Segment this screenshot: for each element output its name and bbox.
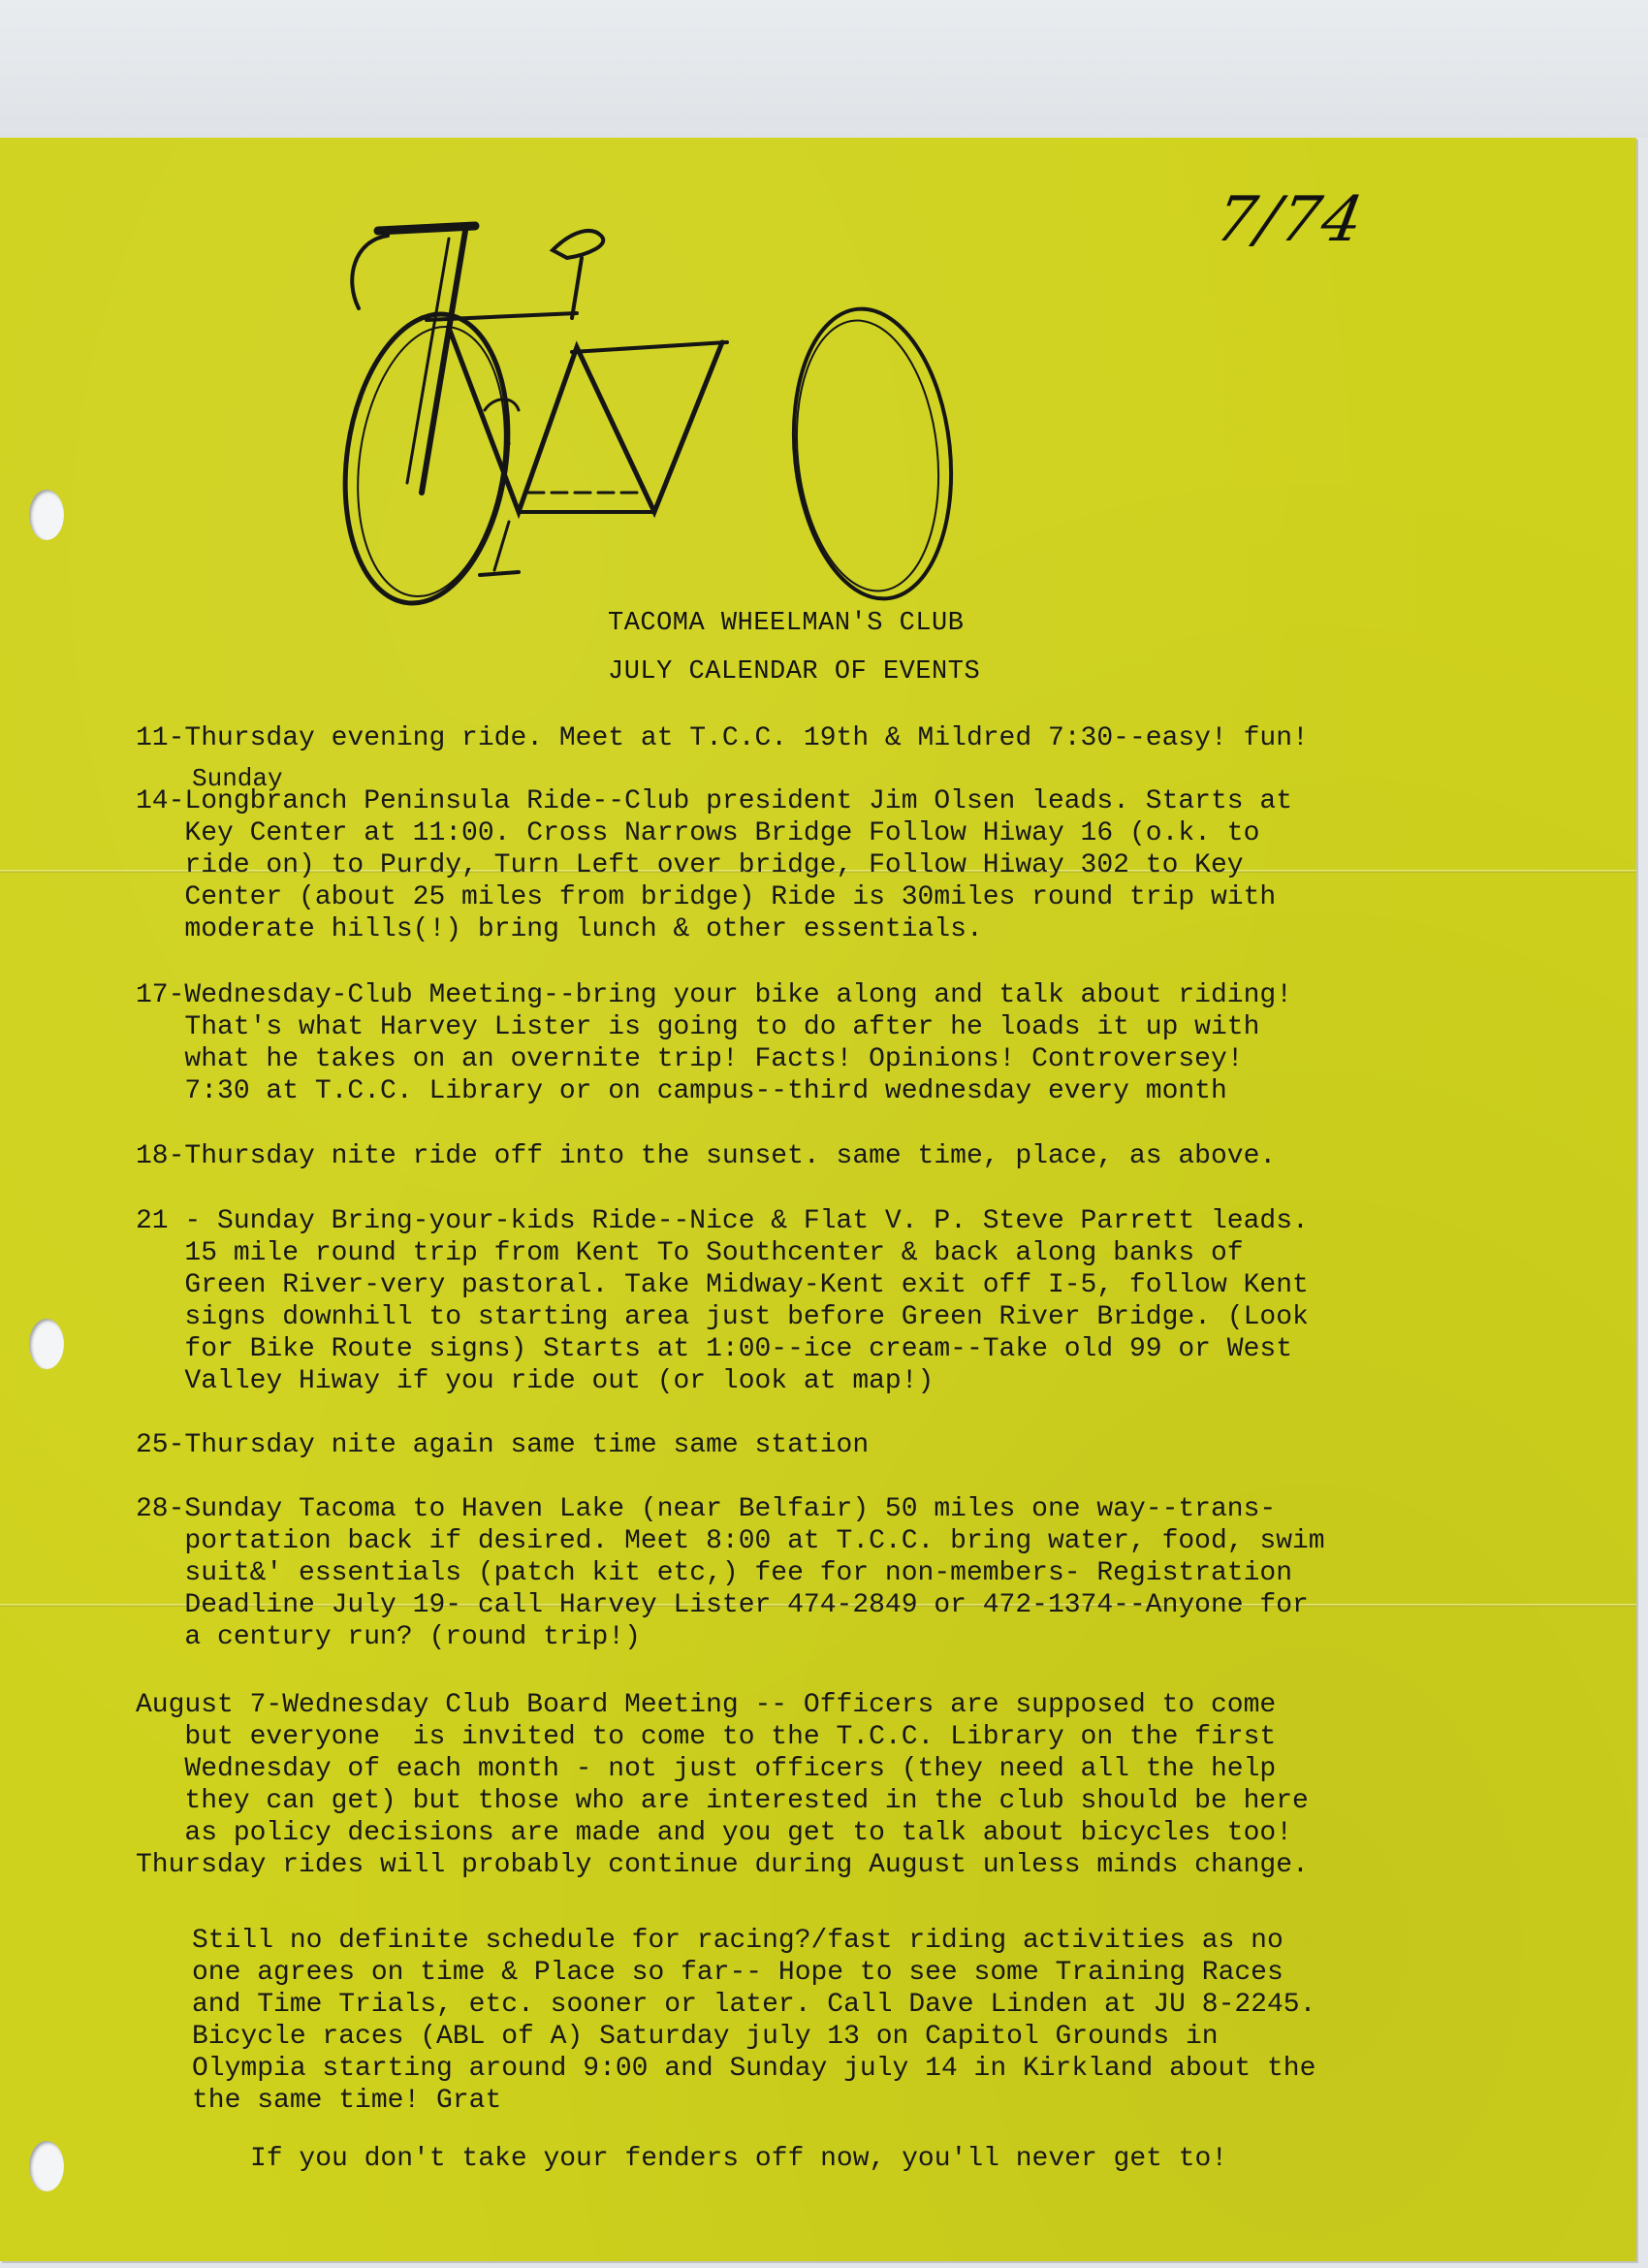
racing-note-line: and Time Trials, etc. sooner or later. C… xyxy=(192,1989,1315,2021)
closing-remark: If you don't take your fenders off now, … xyxy=(250,2143,1227,2175)
event-line: 11-Thursday evening ride. Meet at T.C.C.… xyxy=(136,722,1309,754)
racing-note-line: one agrees on time & Place so far-- Hope… xyxy=(192,1957,1284,1989)
event-line: what he takes on an overnite trip! Facts… xyxy=(136,1043,1244,1075)
racing-note-line: Olympia starting around 9:00 and Sunday … xyxy=(192,2053,1315,2085)
event-line: Wednesday of each month - not just offic… xyxy=(136,1753,1276,1785)
punch-hole xyxy=(29,490,64,540)
racing-note-line: Still no definite schedule for racing?/f… xyxy=(192,1925,1284,1957)
event-line: Valley Hiway if you ride out (or look at… xyxy=(136,1365,934,1397)
event-line: That's what Harvey Lister is going to do… xyxy=(136,1011,1259,1043)
event-line: 14-Longbranch Peninsula Ride--Club presi… xyxy=(136,785,1292,817)
event-line: 7:30 at T.C.C. Library or on campus--thi… xyxy=(136,1075,1227,1107)
punch-hole xyxy=(29,2141,64,2191)
event-line: for Bike Route signs) Starts at 1:00--ic… xyxy=(136,1333,1292,1365)
event-line: suit&' essentials (patch kit etc,) fee f… xyxy=(136,1557,1292,1589)
event-line: signs downhill to starting area just bef… xyxy=(136,1301,1309,1333)
event-line: Thursday rides will probably continue du… xyxy=(136,1849,1309,1881)
event-line: Key Center at 11:00. Cross Narrows Bridg… xyxy=(136,817,1259,849)
event-line: Deadline July 19- call Harvey Lister 474… xyxy=(136,1589,1309,1621)
event-line: Center (about 25 miles from bridge) Ride… xyxy=(136,881,1276,913)
punch-hole xyxy=(29,1319,64,1369)
event-line: moderate hills(!) bring lunch & other es… xyxy=(136,913,983,945)
handwritten-date: 7/74 xyxy=(1210,184,1370,256)
racing-note-line: Bicycle races (ABL of A) Saturday july 1… xyxy=(192,2021,1219,2053)
event-line: ride on) to Purdy, Turn Left over bridge… xyxy=(136,849,1244,881)
event-line: 25-Thursday nite again same time same st… xyxy=(136,1429,869,1461)
event-line: 15 mile round trip from Kent To Southcen… xyxy=(136,1237,1244,1269)
event-line: portation back if desired. Meet 8:00 at … xyxy=(136,1525,1325,1557)
event-line: 21 - Sunday Bring-your-kids Ride--Nice &… xyxy=(136,1205,1309,1237)
scanner-background xyxy=(0,0,1648,138)
calendar-subtitle: JULY CALENDAR OF EVENTS xyxy=(608,657,980,687)
event-line: August 7-Wednesday Club Board Meeting --… xyxy=(136,1689,1276,1721)
event-line: a century run? (round trip!) xyxy=(136,1621,641,1653)
event-line: as policy decisions are made and you get… xyxy=(136,1817,1292,1849)
event-line: 17-Wednesday-Club Meeting--bring your bi… xyxy=(136,979,1292,1011)
event-line: Green River-very pastoral. Take Midway-K… xyxy=(136,1269,1309,1301)
event-line: 18-Thursday nite ride off into the sunse… xyxy=(136,1140,1276,1172)
club-title: TACOMA WHEELMAN'S CLUB xyxy=(608,609,964,638)
racing-note-line: the same time! Grat xyxy=(192,2085,501,2117)
event-line: they can get) but those who are interest… xyxy=(136,1785,1309,1817)
event-line: 28-Sunday Tacoma to Haven Lake (near Bel… xyxy=(136,1493,1276,1525)
bicycle-icon xyxy=(334,211,1052,609)
event-line: but everyone is invited to come to the T… xyxy=(136,1721,1276,1753)
